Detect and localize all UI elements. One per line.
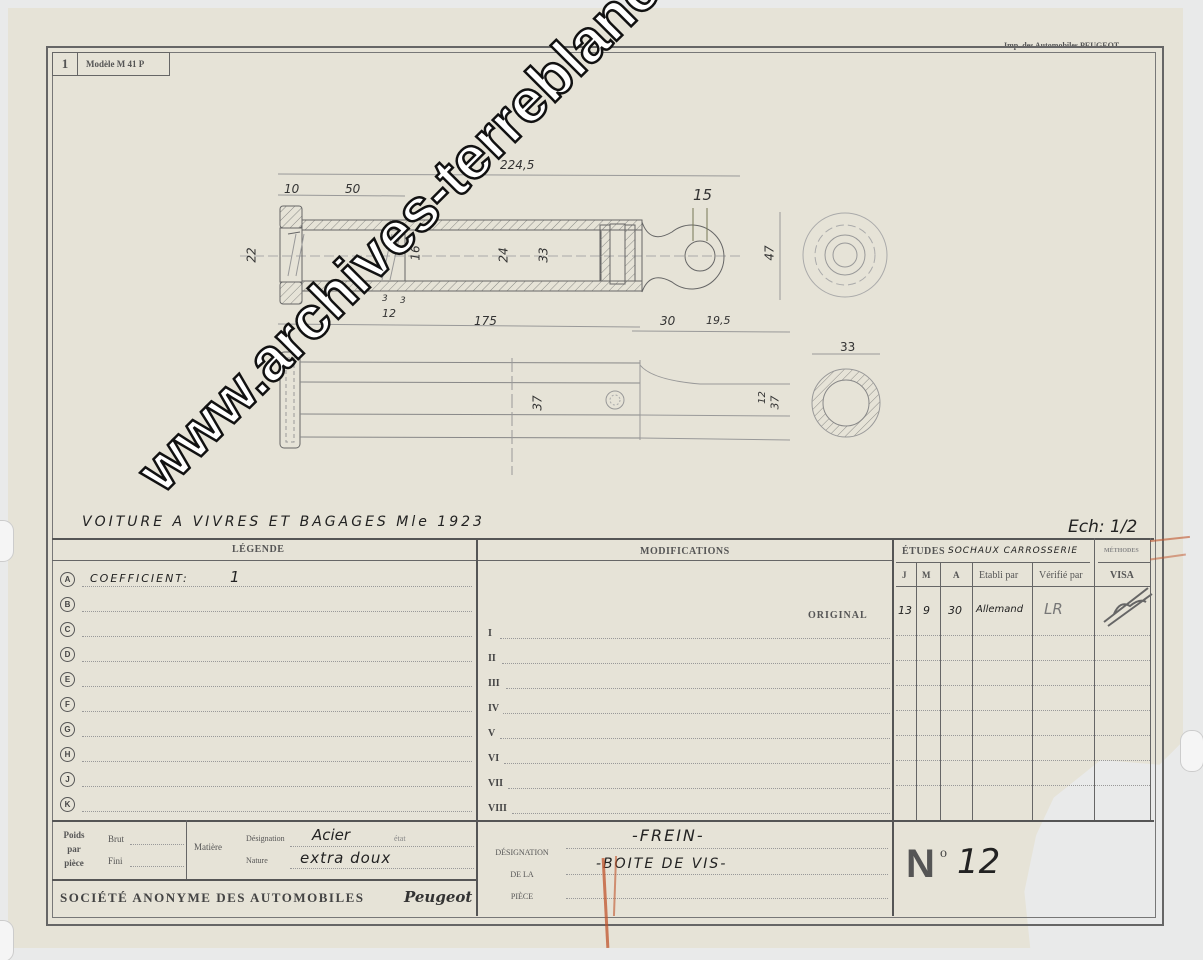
drawing-title: VOITURE A VIVRES ET BAGAGES Mle 1923 bbox=[82, 514, 485, 530]
piece-label: DÉSIGNATION DE LA PIÈCE bbox=[486, 842, 558, 908]
col-visa: VISA bbox=[1110, 570, 1134, 581]
divider bbox=[52, 560, 892, 561]
piece-label-line: DE LA bbox=[486, 864, 558, 886]
piece-label-line: PIÈCE bbox=[486, 886, 558, 908]
mod-row-5: V bbox=[488, 728, 495, 739]
entry-etabli: Allemand bbox=[976, 604, 1023, 615]
dim-eye-radius: 19,5 bbox=[706, 314, 731, 327]
legend-marker-e: E bbox=[60, 672, 75, 687]
rule-line bbox=[503, 713, 890, 714]
peugeot-logo: Peugeot bbox=[404, 888, 472, 906]
visa-signature-icon bbox=[1100, 584, 1156, 630]
legend-marker-d: D bbox=[60, 647, 75, 662]
mod-row-6: VI bbox=[488, 753, 499, 764]
rule-line bbox=[500, 738, 890, 739]
rule-line bbox=[506, 688, 890, 689]
dim-diameter-33: 33 bbox=[537, 247, 551, 262]
rule-line bbox=[82, 786, 472, 787]
legend-a-value: 1 bbox=[230, 568, 240, 586]
rule-line bbox=[82, 661, 472, 662]
mod-row-7: VII bbox=[488, 778, 503, 789]
dim-pitch-3b: 3 bbox=[400, 296, 406, 306]
legend-marker-j: J bbox=[60, 772, 75, 787]
rule-line bbox=[82, 586, 472, 587]
company-name: SOCIÉTÉ ANONYME DES AUTOMOBILES bbox=[60, 890, 365, 906]
dim-section-diameter: 33 bbox=[840, 340, 855, 354]
rule-line bbox=[82, 811, 472, 812]
entry-year: 30 bbox=[948, 604, 962, 617]
rule-line bbox=[82, 686, 472, 687]
divider bbox=[916, 562, 917, 820]
divider bbox=[1098, 562, 1150, 563]
legend-marker-h: H bbox=[60, 747, 75, 762]
divider bbox=[1150, 538, 1151, 820]
dim-plan-12: 12 bbox=[757, 391, 768, 404]
rule-line bbox=[512, 813, 890, 814]
dim-plan-37: 37 bbox=[769, 396, 782, 410]
mod-row-2: II bbox=[488, 653, 496, 664]
entry-verifie: LR bbox=[1044, 600, 1063, 618]
col-day: J bbox=[902, 570, 907, 580]
rule-line bbox=[82, 611, 472, 612]
dim-body-length: 175 bbox=[474, 314, 497, 328]
dim-thread-length: 50 bbox=[345, 182, 360, 196]
rule-line bbox=[896, 685, 1150, 686]
part-number: 12 bbox=[957, 842, 1000, 882]
rule-line bbox=[896, 735, 1150, 736]
rule-line bbox=[508, 788, 890, 789]
rule-line bbox=[896, 635, 1150, 636]
mod-row-8: VIII bbox=[488, 803, 507, 814]
legend-heading: LÉGENDE bbox=[232, 544, 284, 555]
rule-line bbox=[82, 736, 472, 737]
dim-diameter-22: 22 bbox=[245, 247, 259, 262]
rule-line bbox=[896, 710, 1150, 711]
designation-label: Désignation bbox=[246, 834, 285, 843]
weight-label: Poids par pièce bbox=[60, 828, 88, 870]
rule-line bbox=[566, 848, 888, 849]
legend-marker-b: B bbox=[60, 597, 75, 612]
nature-value: extra doux bbox=[300, 849, 391, 867]
dim-pitch-12: 12 bbox=[382, 307, 396, 320]
rule-line bbox=[502, 663, 890, 664]
mod-row-3: III bbox=[488, 678, 500, 689]
rule-line bbox=[504, 763, 890, 764]
legend-marker-f: F bbox=[60, 697, 75, 712]
designation-value: Acier bbox=[312, 826, 350, 844]
dim-end-height-47: 47 bbox=[763, 245, 777, 260]
etat-label: état bbox=[394, 834, 406, 843]
divider bbox=[52, 820, 1154, 822]
col-verifie: Vérifié par bbox=[1039, 570, 1083, 581]
methodes-label: MÉTHODES bbox=[1104, 548, 1139, 554]
rule-line bbox=[896, 785, 1150, 786]
rule-line bbox=[500, 638, 890, 639]
rule-line bbox=[896, 660, 1150, 661]
piece-name-line1: -FREIN- bbox=[632, 826, 705, 845]
legend-a-text: COEFFICIENT: bbox=[90, 572, 189, 585]
divider bbox=[1094, 538, 1095, 820]
dim-pitch-3a: 3 bbox=[382, 294, 388, 304]
weight-label-line: pièce bbox=[60, 856, 88, 870]
rule-line bbox=[290, 868, 474, 869]
divider bbox=[476, 538, 478, 916]
divider bbox=[52, 879, 476, 881]
weight-label-line: Poids bbox=[60, 828, 88, 842]
mod-row-1: I bbox=[488, 628, 492, 639]
legend-marker-c: C bbox=[60, 622, 75, 637]
col-month: M bbox=[922, 570, 931, 580]
divider bbox=[892, 538, 894, 916]
divider bbox=[972, 562, 973, 820]
divider bbox=[940, 562, 941, 820]
etudes-heading: ÉTUDES bbox=[902, 546, 945, 557]
drawing-scale: Ech: 1/2 bbox=[1068, 517, 1137, 537]
nature-label: Nature bbox=[246, 856, 268, 865]
number-degree: o bbox=[940, 846, 947, 862]
piece-label-line: DÉSIGNATION bbox=[486, 842, 558, 864]
legend-marker-g: G bbox=[60, 722, 75, 737]
etudes-department: SOCHAUX CARROSSERIE bbox=[948, 546, 1078, 556]
entry-day: 13 bbox=[898, 604, 912, 617]
rule-line bbox=[130, 866, 184, 867]
col-etabli: Etabli par bbox=[979, 570, 1018, 581]
col-year: A bbox=[953, 570, 960, 580]
mod-row-4: IV bbox=[488, 703, 499, 714]
brut-label: Brut bbox=[108, 834, 124, 844]
modifications-heading: MODIFICATIONS bbox=[640, 546, 730, 557]
rule-line bbox=[290, 846, 474, 847]
rule-line bbox=[130, 844, 184, 845]
rule-line bbox=[82, 636, 472, 637]
legend-marker-k: K bbox=[60, 797, 75, 812]
weight-label-line: par bbox=[60, 842, 88, 856]
material-label: Matière bbox=[194, 842, 222, 852]
number-label: N bbox=[906, 842, 935, 887]
dim-neck-length: 30 bbox=[660, 314, 675, 328]
fini-label: Fini bbox=[108, 856, 123, 866]
divider bbox=[896, 562, 1090, 563]
divider bbox=[186, 820, 187, 879]
rule-line bbox=[82, 761, 472, 762]
divider bbox=[1032, 562, 1033, 820]
rule-line bbox=[896, 760, 1150, 761]
legend-marker-a: A bbox=[60, 572, 75, 587]
dim-eye-slot: 15 bbox=[693, 186, 712, 204]
dim-diameter-24: 24 bbox=[497, 247, 511, 262]
entry-month: 9 bbox=[923, 604, 930, 617]
dim-plan-width-37: 37 bbox=[531, 395, 545, 410]
dim-head-width: 10 bbox=[284, 182, 299, 196]
original-label: ORIGINAL bbox=[808, 610, 868, 621]
divider bbox=[52, 538, 1154, 540]
rule-line bbox=[82, 711, 472, 712]
